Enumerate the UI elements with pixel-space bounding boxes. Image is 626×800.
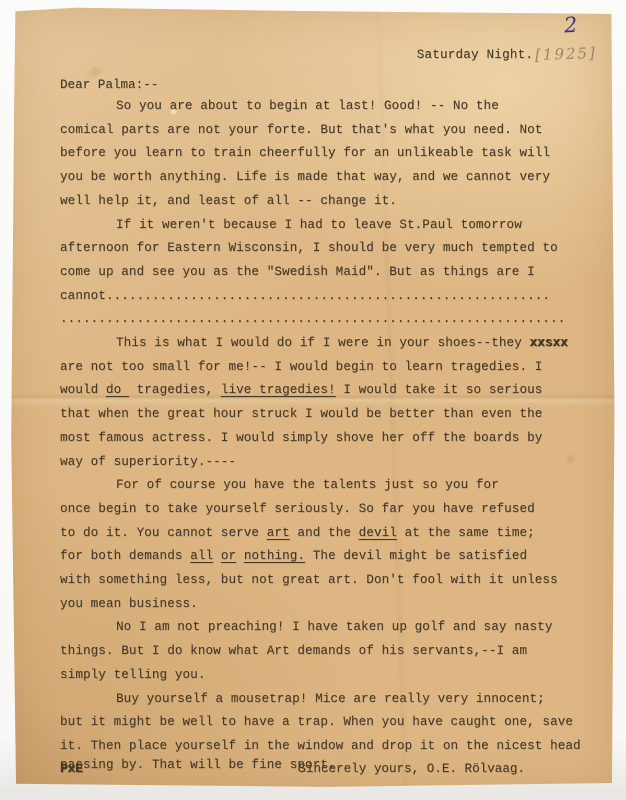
letter-line: you be worth anything. Life is made that… [60, 166, 585, 190]
letter-paragraph: For of course you have the talents just … [60, 474, 585, 616]
letter-line: ........................................… [60, 308, 585, 332]
letter-line: you mean business. [60, 593, 585, 617]
letter-line: Buy yourself a mousetrap! Mice are reall… [60, 688, 585, 712]
salutation: Dear Palma:-- [60, 78, 158, 92]
letter-line: things. But I do know what Art demands o… [60, 640, 585, 664]
letter-line: If it weren't because I had to leave St.… [60, 214, 585, 238]
dateline: Saturday Night. [417, 48, 533, 62]
letter-line: are not too small for me!-- I would begi… [60, 356, 585, 380]
letter-line: once begin to take yourself seriously. S… [60, 498, 585, 522]
letter-line: cannot..................................… [60, 285, 585, 309]
letter-line: This is what I would do if I were in you… [60, 332, 585, 356]
letter-line: way of superiority.---- [60, 451, 585, 475]
letter-paragraph: Buy yourself a mousetrap! Mice are reall… [60, 688, 585, 735]
letter-line: most famous actress. I would simply shov… [60, 427, 585, 451]
date-annotation: [1925] [535, 44, 597, 64]
dateline-row: Saturday Night.[1925] [10, 45, 615, 63]
typist-mark: PxE [60, 761, 83, 777]
letter-line: comical parts are not your forte. But th… [60, 119, 585, 143]
letter-line: but it might be well to have a trap. Whe… [60, 711, 585, 735]
letter-paragraph: This is what I would do if I were in you… [60, 332, 585, 474]
letter-paragraph: So you are about to begin at last! Good!… [60, 95, 585, 214]
letter-body: So you are about to begin at last! Good!… [60, 95, 585, 774]
letter-line: with something less, but not great art. … [60, 569, 585, 593]
closing-signature: Sincerely yours, O.E. Rölvaag. [298, 761, 525, 777]
letter-line: before you learn to train cheerfully for… [60, 142, 585, 166]
signature-line: PxE Sincerely yours, O.E. Rölvaag. [60, 761, 585, 777]
letter-line: to do it. You cannot serve art and the d… [60, 522, 585, 546]
letter-line: well help it, and least of all -- change… [60, 190, 585, 214]
letter-line: For of course you have the talents just … [60, 474, 585, 498]
document-page: 2 Saturday Night.[1925] Dear Palma:-- So… [10, 7, 615, 790]
letter-line: come up and see you as the "Swedish Maid… [60, 261, 585, 285]
letter-line: would do tragedies, live tragedies! I wo… [60, 379, 585, 403]
letter-line: No I am not preaching! I have taken up g… [60, 616, 585, 640]
letter-line: it. Then place yourself in the window an… [60, 737, 585, 756]
letter-paragraph: No I am not preaching! I have taken up g… [60, 616, 585, 687]
letter-paragraph: If it weren't because I had to leave St.… [60, 214, 585, 333]
letter-line: simply telling you. [60, 664, 585, 688]
letter-line: for both demands all or nothing. The dev… [60, 545, 585, 569]
letter-line: So you are about to begin at last! Good!… [60, 95, 585, 119]
letter-line: afternoon for Eastern Wisconsin, I shoul… [60, 237, 585, 261]
page-number-annotation: 2 [563, 13, 578, 38]
letter-line: that when the great hour struck I would … [60, 403, 585, 427]
